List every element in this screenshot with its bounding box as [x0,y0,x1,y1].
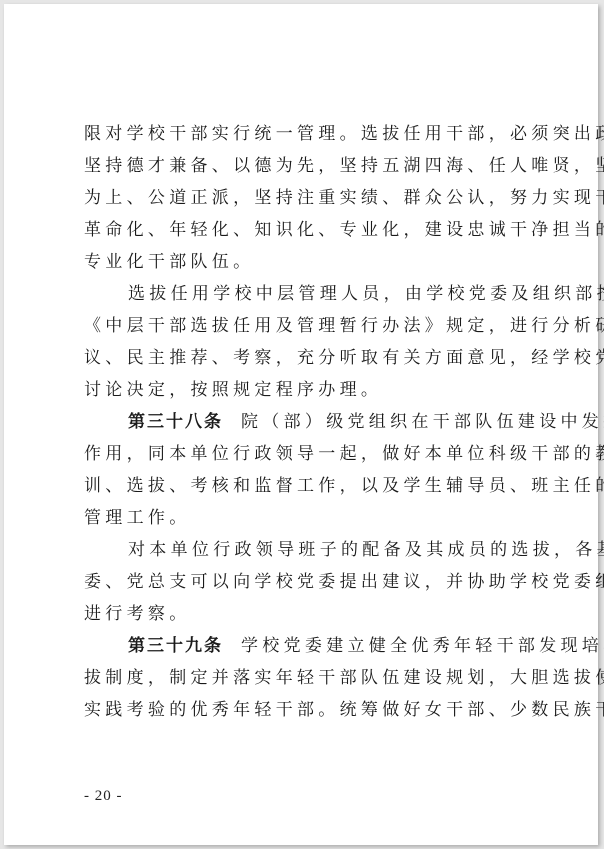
article-text: 院（部）级党组织在干部队伍建设中发挥主导 [241,412,604,432]
text-line: 委、党总支可以向学校党委提出建议，并协助学校党委组织部门 [84,566,532,598]
document-page: 限对学校干部实行统一管理。选拔任用干部，必须突出政治标准， 坚持德才兼备、以德为… [4,4,598,845]
article-label: 第三十九条 [128,636,223,656]
article-text: 学校党委建立健全优秀年轻干部发现培养选 [241,636,604,656]
text-line: 对本单位行政领导班子的配备及其成员的选拔，各基层党 [84,534,532,566]
article-label: 第三十八条 [128,412,223,432]
text-line: 坚持德才兼备、以德为先，坚持五湖四海、任人唯贤，坚持事业 [84,150,532,182]
article-38-first-line: 第三十八条院（部）级党组织在干部队伍建设中发挥主导 [84,406,532,438]
text-line: 革命化、年轻化、知识化、专业化，建设忠诚干净担当的高素质 [84,214,532,246]
document-body: 限对学校干部实行统一管理。选拔任用干部，必须突出政治标准， 坚持德才兼备、以德为… [84,118,532,726]
text-line: 专业化干部队伍。 [84,246,532,278]
text-line: 进行考察。 [84,598,532,630]
text-line: 《中层干部选拔任用及管理暂行办法》规定，进行分析研判和动 [84,310,532,342]
text-line: 管理工作。 [84,502,532,534]
text-line: 选拔任用学校中层管理人员，由学校党委及组织部按照学校 [84,278,532,310]
text-line: 议、民主推荐、考察，充分听取有关方面意见，经学校党委集体 [84,342,532,374]
text-line: 讨论决定，按照规定程序办理。 [84,374,532,406]
text-line: 限对学校干部实行统一管理。选拔任用干部，必须突出政治标准， [84,118,532,150]
text-line: 作用，同本单位行政领导一起，做好本单位科级干部的教育、培 [84,438,532,470]
text-line: 训、选拔、考核和监督工作，以及学生辅导员、班主任的配备、 [84,470,532,502]
text-line: 为上、公道正派，坚持注重实绩、群众公认，努力实现干部队伍 [84,182,532,214]
text-line: 拔制度，制定并落实年轻干部队伍建设规划，大胆选拔使用经过 [84,662,532,694]
text-line: 实践考验的优秀年轻干部。统筹做好女干部、少数民族干部和党 [84,694,532,726]
page-number: - 20 - [84,788,123,805]
article-39-first-line: 第三十九条学校党委建立健全优秀年轻干部发现培养选 [84,630,532,662]
